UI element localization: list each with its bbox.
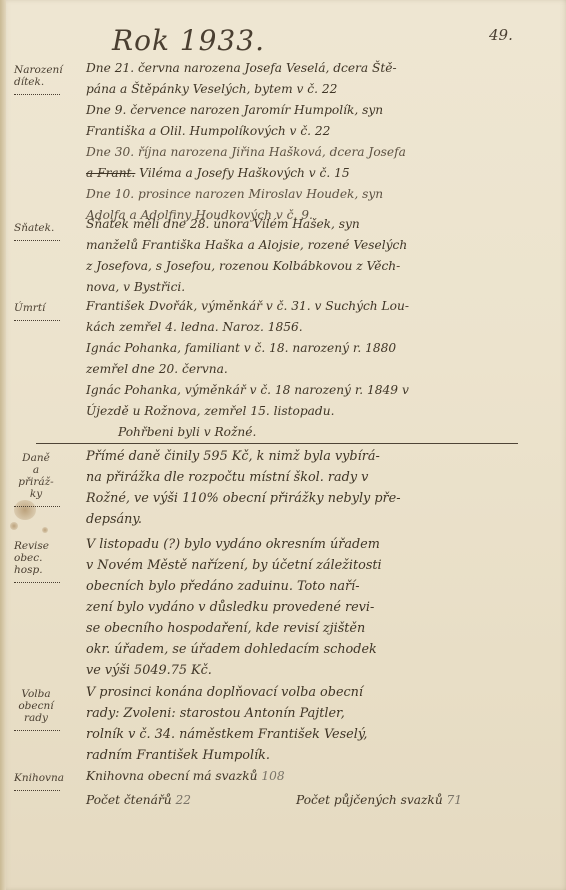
entry-deaths: František Dvořák, výměnkář v č. 31. v Su… bbox=[86, 296, 516, 443]
label-line: Revise bbox=[14, 540, 49, 552]
text-line: ve výši 5049.75 Kč. bbox=[86, 660, 516, 681]
label-line: Narození bbox=[14, 64, 63, 76]
text-line: V prosinci konána doplňovací volba obecn… bbox=[86, 682, 516, 703]
text-line: radním František Humpolík. bbox=[86, 745, 516, 766]
loans-label: Počet půjčených svazků bbox=[296, 793, 443, 807]
label-line: Daně bbox=[22, 452, 50, 464]
margin-label-election: Volba obecní rady bbox=[14, 688, 58, 731]
text-line: zení bylo vydáno v důsledku provedené re… bbox=[86, 597, 516, 618]
text-line: Sňatek měli dne 28. února Vilém Hašek, s… bbox=[86, 214, 516, 235]
margin-label-taxes: Daně a přiráž- ky bbox=[14, 452, 58, 507]
page-binding-edge bbox=[0, 0, 6, 890]
text-line: nova, v Bystřici. bbox=[86, 277, 516, 298]
margin-label-births: Narození dítek. bbox=[14, 64, 72, 95]
entry-library: Knihovna obecní má svazků 108 bbox=[86, 766, 516, 787]
text-line: Přímé daně činily 595 Kč, k nimž byla vy… bbox=[86, 446, 516, 467]
underline-squiggle bbox=[14, 786, 60, 791]
entry-election: V prosinci konána doplňovací volba obecn… bbox=[86, 682, 516, 766]
text-line: Pohřbeni byli v Rožné. bbox=[86, 422, 516, 443]
struck-text: a Frant. bbox=[86, 166, 135, 180]
text-line: se obecního hospodaření, kde revisí zjiš… bbox=[86, 618, 516, 639]
text-line: Knihovna obecní má svazků 108 bbox=[86, 766, 516, 787]
text-line: zemřel dne 20. června. bbox=[86, 359, 516, 380]
margin-label-marriage: Sňatek. bbox=[14, 222, 72, 241]
underline-squiggle bbox=[14, 578, 60, 583]
text-line: Dne 10. prosince narozen Miroslav Houdek… bbox=[86, 184, 516, 205]
text-line: Ignác Pohanka, familiant v č. 18. naroze… bbox=[86, 338, 516, 359]
text-line: Františka a Olil. Humpolíkových v č. 22 bbox=[86, 121, 516, 142]
ink-stain bbox=[42, 527, 48, 533]
loans-stat: Počet půjčených svazků 71 bbox=[296, 790, 462, 811]
label-line: Volba bbox=[21, 688, 50, 700]
underline-squiggle bbox=[14, 316, 60, 321]
text-line: Rožné, ve výši 110% obecní přirážky neby… bbox=[86, 488, 516, 509]
entry-audit: V listopadu (?) bylo vydáno okresním úřa… bbox=[86, 534, 516, 681]
ink-stain bbox=[10, 522, 18, 530]
underline-squiggle bbox=[14, 90, 60, 95]
library-volumes-value: 108 bbox=[261, 769, 284, 783]
label-line: obec. hosp. bbox=[14, 552, 43, 576]
text-line: Dne 30. října narozena Jiřina Hašková, d… bbox=[86, 142, 516, 163]
label-line: rady bbox=[24, 712, 48, 724]
text-line: František Dvořák, výměnkář v č. 31. v Su… bbox=[86, 296, 516, 317]
label-line: dítek. bbox=[14, 76, 44, 88]
margin-label-deaths: Úmrtí bbox=[14, 302, 72, 321]
label-line: ky bbox=[30, 488, 42, 500]
margin-label-library: Knihovna bbox=[14, 772, 72, 791]
margin-label-audit: Revise obec. hosp. bbox=[14, 540, 72, 583]
text-line: na přirážka dle rozpočtu místní škol. ra… bbox=[86, 467, 516, 488]
readers-label: Počet čtenářů bbox=[86, 793, 172, 807]
ledger-page: Rok 1933. 49. Narození dítek. Dne 21. če… bbox=[0, 0, 566, 890]
library-volumes-label: Knihovna obecní má svazků bbox=[86, 769, 257, 783]
text-line: z Josefova, s Josefou, rozenou Kolbábkov… bbox=[86, 256, 516, 277]
loans-value: 71 bbox=[447, 793, 463, 807]
label-line: Úmrtí bbox=[14, 302, 45, 314]
entry-taxes: Přímé daně činily 595 Kč, k nimž byla vy… bbox=[86, 446, 516, 530]
section-divider bbox=[36, 443, 518, 444]
page-number: 49. bbox=[489, 26, 513, 44]
text-line: rady: Zvoleni: starostou Antonín Pajtler… bbox=[86, 703, 516, 724]
underline-squiggle bbox=[14, 726, 60, 731]
text-line: rolník v č. 34. náměstkem František Vese… bbox=[86, 724, 516, 745]
text-line: Újezdě u Rožnova, zemřel 15. listopadu. bbox=[86, 401, 516, 422]
text-line-with-strike: a Frant. Viléma a Josefy Haškových v č. … bbox=[86, 163, 516, 184]
text-line: manželů Františka Haška a Alojsie, rozen… bbox=[86, 235, 516, 256]
label-line: a přiráž- bbox=[18, 464, 53, 488]
text-line: Ignác Pohanka, výměnkář v č. 18 narozený… bbox=[86, 380, 516, 401]
label-line: obecní bbox=[18, 700, 53, 712]
text-line: okr. úřadem, se úřadem dohledacím schode… bbox=[86, 639, 516, 660]
text-line: obecních bylo předáno zaduinu. Toto naří… bbox=[86, 576, 516, 597]
text-line: kách zemřel 4. ledna. Naroz. 1856. bbox=[86, 317, 516, 338]
entry-births: Dne 21. června narozena Josefa Veselá, d… bbox=[86, 58, 516, 226]
text-line: Dne 21. června narozena Josefa Veselá, d… bbox=[86, 58, 516, 79]
underline-squiggle bbox=[14, 236, 60, 241]
text-line: Dne 9. července narozen Jaromír Humpolík… bbox=[86, 100, 516, 121]
label-line: Sňatek. bbox=[14, 222, 54, 234]
text-line: depsány. bbox=[86, 509, 516, 530]
text-line: V listopadu (?) bylo vydáno okresním úřa… bbox=[86, 534, 516, 555]
text-line: pána a Štěpánky Veselých, bytem v č. 22 bbox=[86, 79, 516, 100]
label-line: Knihovna bbox=[14, 772, 64, 784]
readers-value: 22 bbox=[175, 793, 191, 807]
library-stats-row: Počet čtenářů 22 Počet půjčených svazků … bbox=[86, 790, 526, 811]
underline-squiggle bbox=[14, 502, 60, 507]
page-title: Rok 1933. bbox=[112, 24, 265, 57]
entry-marriage: Sňatek měli dne 28. února Vilém Hašek, s… bbox=[86, 214, 516, 298]
readers-stat: Počet čtenářů 22 bbox=[86, 793, 191, 807]
text-line: v Novém Městě nařízení, by účetní záleži… bbox=[86, 555, 516, 576]
